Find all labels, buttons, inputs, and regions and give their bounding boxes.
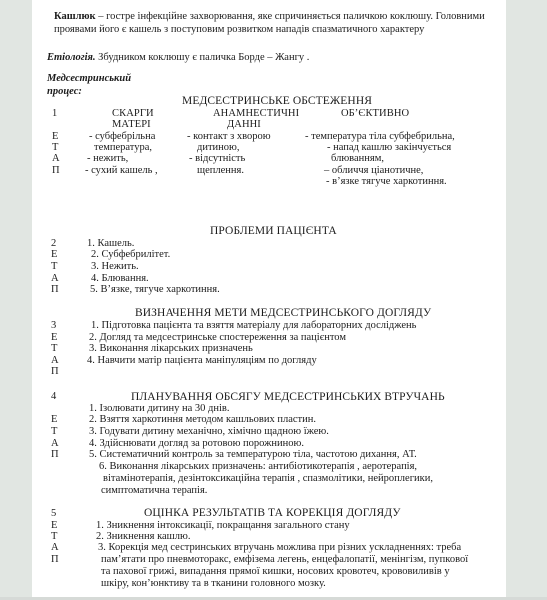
problem-item: 5. В’язке, тягуче харкотиння. bbox=[90, 284, 220, 296]
stage5-letter: П bbox=[51, 554, 59, 566]
etiology-label: Етіологія. bbox=[47, 52, 96, 63]
plan-item-continued: симптоматична терапія. bbox=[101, 485, 207, 497]
anamnesis-item: дитиною, bbox=[197, 142, 240, 154]
plan-item: 1. Ізолювати дитину на 30 днів. bbox=[89, 403, 229, 415]
stage2-letter: Е bbox=[51, 249, 57, 261]
stage1-letter: Е bbox=[52, 131, 58, 143]
problem-item: 1. Кашель. bbox=[87, 238, 134, 250]
objective-item: блюванням, bbox=[331, 153, 384, 165]
stage2-letter: Т bbox=[51, 261, 57, 273]
stage4-letter: Т bbox=[51, 426, 57, 438]
stage1-number: 1 bbox=[52, 108, 57, 120]
stage3-letter: П bbox=[51, 366, 59, 378]
objective-item: - температура тіла субфебрильна, bbox=[305, 131, 455, 143]
definition-text-1: – гостре інфекційне захворювання, яке сп… bbox=[96, 11, 485, 22]
complaint-item: - нежить, bbox=[87, 153, 128, 165]
stage4-letter: А bbox=[51, 438, 59, 450]
stage3-title: ВИЗНАЧЕННЯ МЕТИ МЕДСЕСТРИНСЬКОГО ДОГЛЯДУ bbox=[135, 307, 431, 319]
stage2-number: 2 bbox=[51, 238, 56, 250]
goal-item: 4. Навчити матір пацієнта маніпуляціям п… bbox=[87, 355, 317, 367]
col-complaints-header: СКАРГИ bbox=[112, 108, 154, 120]
stage3-letter: Е bbox=[51, 332, 57, 344]
complaint-item: - сухий кашель , bbox=[85, 165, 158, 177]
anamnesis-item: щеплення. bbox=[197, 165, 244, 177]
col-complaints-header: МАТЕРІ bbox=[112, 119, 151, 131]
evaluation-item-continued: пам’ятати про пневмоторакс, емфізема лег… bbox=[101, 554, 468, 566]
stage5-letter: А bbox=[51, 542, 59, 554]
stage2-title: ПРОБЛЕМИ ПАЦІЄНТА bbox=[210, 225, 337, 237]
process-label-1: Медсестринський bbox=[47, 73, 131, 85]
stage3-number: 3 bbox=[51, 320, 56, 332]
col-anamnesis-header: ДАННІ bbox=[227, 119, 261, 131]
stage4-number: 4 bbox=[51, 391, 56, 403]
stage1-letter: Т bbox=[52, 142, 58, 154]
anamnesis-item: - відсутність bbox=[189, 153, 245, 165]
complaint-item: температура, bbox=[94, 142, 152, 154]
stage1-title: МЕДСЕСТРИНСЬКЕ ОБСТЕЖЕННЯ bbox=[182, 95, 372, 107]
process-label-2: процес: bbox=[47, 86, 82, 98]
evaluation-item: 3. Корекція мед сестринських втручань мо… bbox=[98, 542, 461, 554]
stage3-letter: Т bbox=[51, 343, 57, 355]
anamnesis-item: - контакт з хворою bbox=[187, 131, 271, 143]
col-anamnesis-header: АНАМНЕСТИЧНІ bbox=[213, 108, 299, 120]
intro-line-2: проявами його є кашель з поступовим розв… bbox=[54, 24, 424, 36]
plan-item: 2. Взяття харкотиння методом кашльових п… bbox=[89, 414, 316, 426]
objective-item: – обличчя ціанотичне, bbox=[324, 165, 423, 177]
goal-item: 1. Підготовка пацієнта та взяття матеріа… bbox=[91, 320, 416, 332]
problem-item: 2. Субфебрилітет. bbox=[91, 249, 170, 261]
stage1-letter: П bbox=[52, 165, 60, 177]
goal-item: 3. Виконання лікарських призначень bbox=[89, 343, 253, 355]
objective-item: - напад кашлю закінчується bbox=[327, 142, 451, 154]
intro-line-1: Кашлюк – гостре інфекційне захворювання,… bbox=[54, 11, 485, 23]
etiology-line: Етіологія. Збудником коклюшу є паличка Б… bbox=[47, 52, 309, 64]
stage3-letter: А bbox=[51, 355, 59, 367]
stage5-title: ОЦІНКА РЕЗУЛЬТАТІВ ТА КОРЕКЦІЯ ДОГЛЯДУ bbox=[144, 507, 401, 519]
plan-item: 5. Систематичний контроль за температуро… bbox=[89, 449, 417, 461]
stage2-letter: А bbox=[51, 273, 59, 285]
objective-item: - в’язке тягуче харкотиння. bbox=[326, 176, 447, 188]
complaint-item: - субфебрільна bbox=[89, 131, 155, 143]
stage5-letter: Е bbox=[51, 520, 57, 532]
stage5-number: 5 bbox=[51, 508, 56, 520]
stage1-letter: А bbox=[52, 153, 60, 165]
evaluation-item-continued: шкіру, кон’юнктиву та в тканини головног… bbox=[101, 578, 326, 590]
term-kashliuk: Кашлюк bbox=[54, 11, 96, 22]
plan-item-continued: вітамінотерапія, дезінтоксикаційна терап… bbox=[103, 473, 433, 485]
stage4-letter: П bbox=[51, 449, 59, 461]
evaluation-item: 1. Зникнення інтоксикації, покращання за… bbox=[96, 520, 350, 532]
stage4-letter: Е bbox=[51, 414, 57, 426]
problem-item: 4. Блювання. bbox=[91, 273, 149, 285]
evaluation-item: 2. Зникнення кашлю. bbox=[96, 531, 190, 543]
goal-item: 2. Догляд та медсестринське спостереженн… bbox=[89, 332, 346, 344]
evaluation-item-continued: та пахової грижі, випадання прямої кишки… bbox=[101, 566, 450, 578]
plan-item: 4. Здійснювати догляд за ротовою порожни… bbox=[89, 438, 304, 450]
problem-item: 3. Нежить. bbox=[91, 261, 139, 273]
plan-item: 6. Виконання лікарських призначень: анти… bbox=[99, 461, 417, 473]
stage2-letter: П bbox=[51, 284, 59, 296]
plan-item: 3. Годувати дитину механічно, хімічно ща… bbox=[89, 426, 329, 438]
stage5-letter: Т bbox=[51, 531, 57, 543]
etiology-text: Збудником коклюшу є паличка Борде – Жанг… bbox=[96, 52, 310, 63]
stage4-title: ПЛАНУВАННЯ ОБСЯГУ МЕДСЕСТРИНСЬКИХ ВТРУЧА… bbox=[131, 391, 445, 403]
col-objective-header: ОБ’ЄКТИВНО bbox=[341, 108, 409, 120]
